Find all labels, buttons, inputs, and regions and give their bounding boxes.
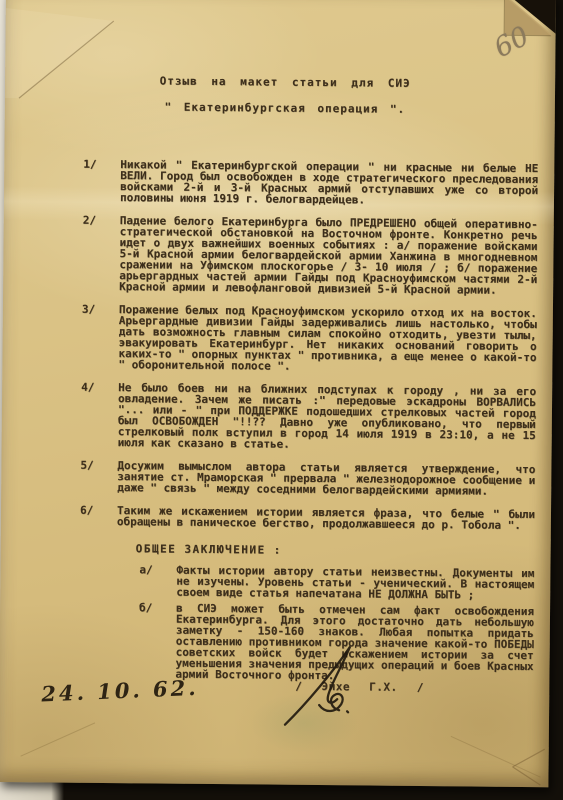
- paragraph-label: 1/: [83, 159, 120, 203]
- title-block: Отзыв на макет статьи для СИЭ " Екатерин…: [155, 75, 415, 114]
- paragraph-item: 3/ Поражение белых под Красноуфимском ус…: [81, 304, 538, 374]
- conclusion-label: б/: [138, 602, 176, 679]
- handwritten-date: 24. 10. 62.: [41, 682, 199, 700]
- paragraph-label: 4/: [81, 382, 119, 448]
- paragraph-text: Падение белого Екатеринбурга было ПРЕДРЕ…: [119, 215, 538, 296]
- paragraph-text: Поражение белых под Красноуфимском ускор…: [118, 304, 537, 374]
- document-content: Отзыв на макет статьи для СИЭ " Екатерин…: [0, 0, 556, 787]
- paragraph-text: Никакой " Екатеринбургской операции " ни…: [120, 159, 538, 207]
- paragraph-item: 4/ Не было боев ни на ближних подступах …: [81, 382, 538, 452]
- paragraph-text: Не было боев ни на ближних подступах к г…: [118, 382, 537, 452]
- photo-background: 60 Отзыв на макет статьи для СИЭ " Екате…: [0, 0, 563, 800]
- signature-ink: [281, 641, 442, 733]
- paragraph-text: Досужим вымыслом автора статьи является …: [117, 460, 535, 497]
- doc-title: Отзыв на макет статьи для СИЭ: [155, 75, 415, 88]
- paragraph-item: 1/ Никакой " Екатеринбургской операции "…: [83, 159, 539, 207]
- paragraph-label: 5/: [80, 460, 117, 493]
- conclusion-heading: ОБЩЕЕ ЗАКЛЮЧЕНИЕ :: [136, 543, 536, 558]
- signature-area: / Эйхе Г.Х. /: [281, 641, 472, 733]
- conclusion-item: а/ Факты истории автору статьи неизвестн…: [139, 564, 535, 601]
- paragraph-item: 2/ Падение белого Екатеринбурга было ПРЕ…: [82, 215, 539, 296]
- paragraph-label: 2/: [82, 215, 120, 292]
- paragraph-label: 3/: [81, 304, 119, 370]
- paper-sheet: 60 Отзыв на макет статьи для СИЭ " Екате…: [0, 0, 556, 787]
- doc-subtitle: " Екатеринбургская операция ".: [155, 101, 415, 114]
- paragraph-label: 6/: [80, 505, 117, 527]
- conclusion-label: а/: [139, 564, 176, 597]
- paragraph-list: 1/ Никакой " Екатеринбургской операции "…: [78, 159, 539, 688]
- paragraph-text: Таким же искажением истории является фра…: [117, 505, 535, 531]
- paragraph-item: 5/ Досужим вымыслом автора статьи являет…: [80, 460, 536, 497]
- conclusion-text: Факты истории автору статьи неизвестны. …: [176, 565, 534, 601]
- paragraph-item: 6/ Таким же искажением истории является …: [80, 505, 536, 531]
